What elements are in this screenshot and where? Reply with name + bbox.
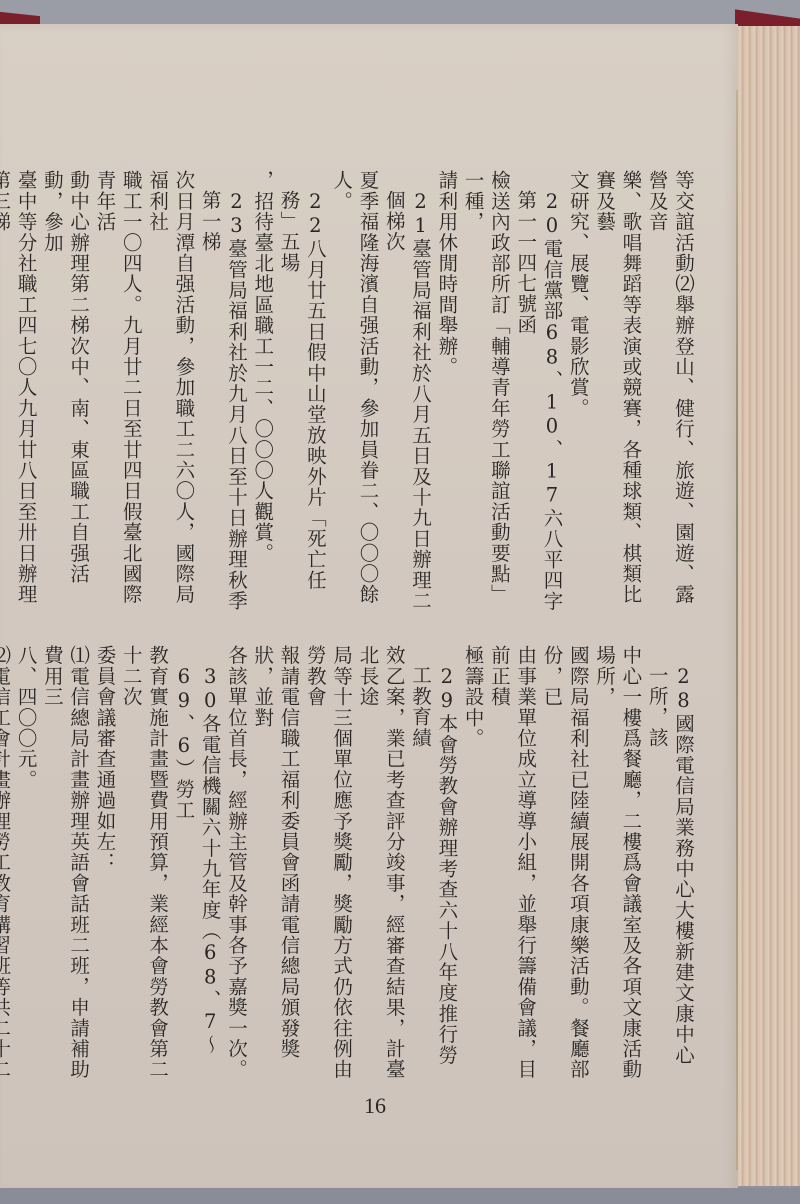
text-line: ⑵電信工會計畫辦理勞工教育講習班等共二十二班，費 (0, 645, 12, 1085)
text-line: 29本會勞教會辦理考查六十八年度推行勞工教育績 (407, 645, 460, 1085)
page-number: 16 (355, 1093, 395, 1119)
photo-backdrop-top (0, 0, 800, 26)
text-line: 各該單位首長，經辦主管及幹事各予嘉獎一次。 (223, 645, 249, 1085)
text-line: 八、四〇〇元。 (12, 645, 38, 1085)
text-line: 22八月廿五日假中山堂放映外片「死亡任務」五場 (275, 170, 328, 620)
text-line: 20電信黨部68、10、17六八平四字第一一四七號函 (512, 170, 565, 620)
lower-text-block: 28國際電信局業務中心大樓新建文康中心一所，該中心一樓爲餐廳，二樓爲會議室及各項… (46, 645, 696, 1085)
text-line: 30各電信機關六十九年度（68、7～69、6）勞工 (170, 645, 223, 1085)
photo-backdrop-bottom (0, 1188, 800, 1204)
text-line: 21臺管局福利社於八月五日及十九日辦理二個梯次 (380, 170, 433, 620)
upper-text-block: 等交誼活動⑵舉辦登山、健行、旅遊、園遊、露營及音樂、歌唱舞蹈等表演或競賽，各種球… (46, 170, 696, 620)
text-line: 文研究、展覽、電影欣賞。 (565, 170, 591, 620)
text-line: 委員會議審查通過如左： (91, 645, 117, 1085)
text-line: 極籌設中。 (459, 645, 485, 1085)
text-line: 報請電信職工福利委員會函請電信總局頒發獎狀，並對 (249, 645, 302, 1085)
text-line: 請利用休閒時間舉辦。 (433, 170, 459, 620)
text-line: ⑴電信總局計畫辦理英語會話班二班，申請補助費用三 (39, 645, 92, 1085)
text-line: 樂、歌唱舞蹈等表演或競賽，各種球類、棋類比賽及藝 (591, 170, 644, 620)
text-line: 次日月潭自强活動，參加職工二六〇人，國際局福利社 (144, 170, 197, 620)
text-line: 局等十三個單位應予獎勵，獎勵方式仍依往例由勞教會 (302, 645, 355, 1085)
text-line: 由事業單位成立導導小組，並舉行籌備會議，目前正積 (486, 645, 539, 1085)
text-line: 教育實施計畫暨費用預算，業經本會勞教會第二十二次 (117, 645, 170, 1085)
book-page-stack-edge (738, 26, 800, 1186)
text-line: 動中心辦理第二梯次中、南、東區職工自强活動，參加 (39, 170, 92, 620)
text-line: 國際局福利社已陸續展開各項康樂活動。餐廳部份，已 (538, 645, 591, 1085)
text-line: 臺中等分社職工四七〇人九月廿八日至卅日辦理第三梯 (0, 170, 39, 620)
text-line: 中心一樓爲餐廳，二樓爲會議室及各項文康活動場所， (591, 645, 644, 1085)
text-line: 職工一〇四人。九月廿二日至廿四日假臺北國際青年活 (91, 170, 144, 620)
text-line: 23臺管局福利社於九月八日至十日辦理秋季第一梯 (196, 170, 249, 620)
text-line: 夏季福隆海濱自强活動，參加員眷二、〇〇〇餘人。 (328, 170, 381, 620)
text-line: ，招待臺北地區職工一二、〇〇〇人觀賞。 (249, 170, 275, 620)
text-line: 效乙案，業已考查評分竣事，經審查結果，計臺北長途 (354, 645, 407, 1085)
text-line: 等交誼活動⑵舉辦登山、健行、旅遊、園遊、露營及音 (643, 170, 696, 620)
text-line: 檢送內政部所訂「輔導青年勞工聯誼活動要點」一種， (459, 170, 512, 620)
text-line: 28國際電信局業務中心大樓新建文康中心一所，該 (643, 645, 696, 1085)
